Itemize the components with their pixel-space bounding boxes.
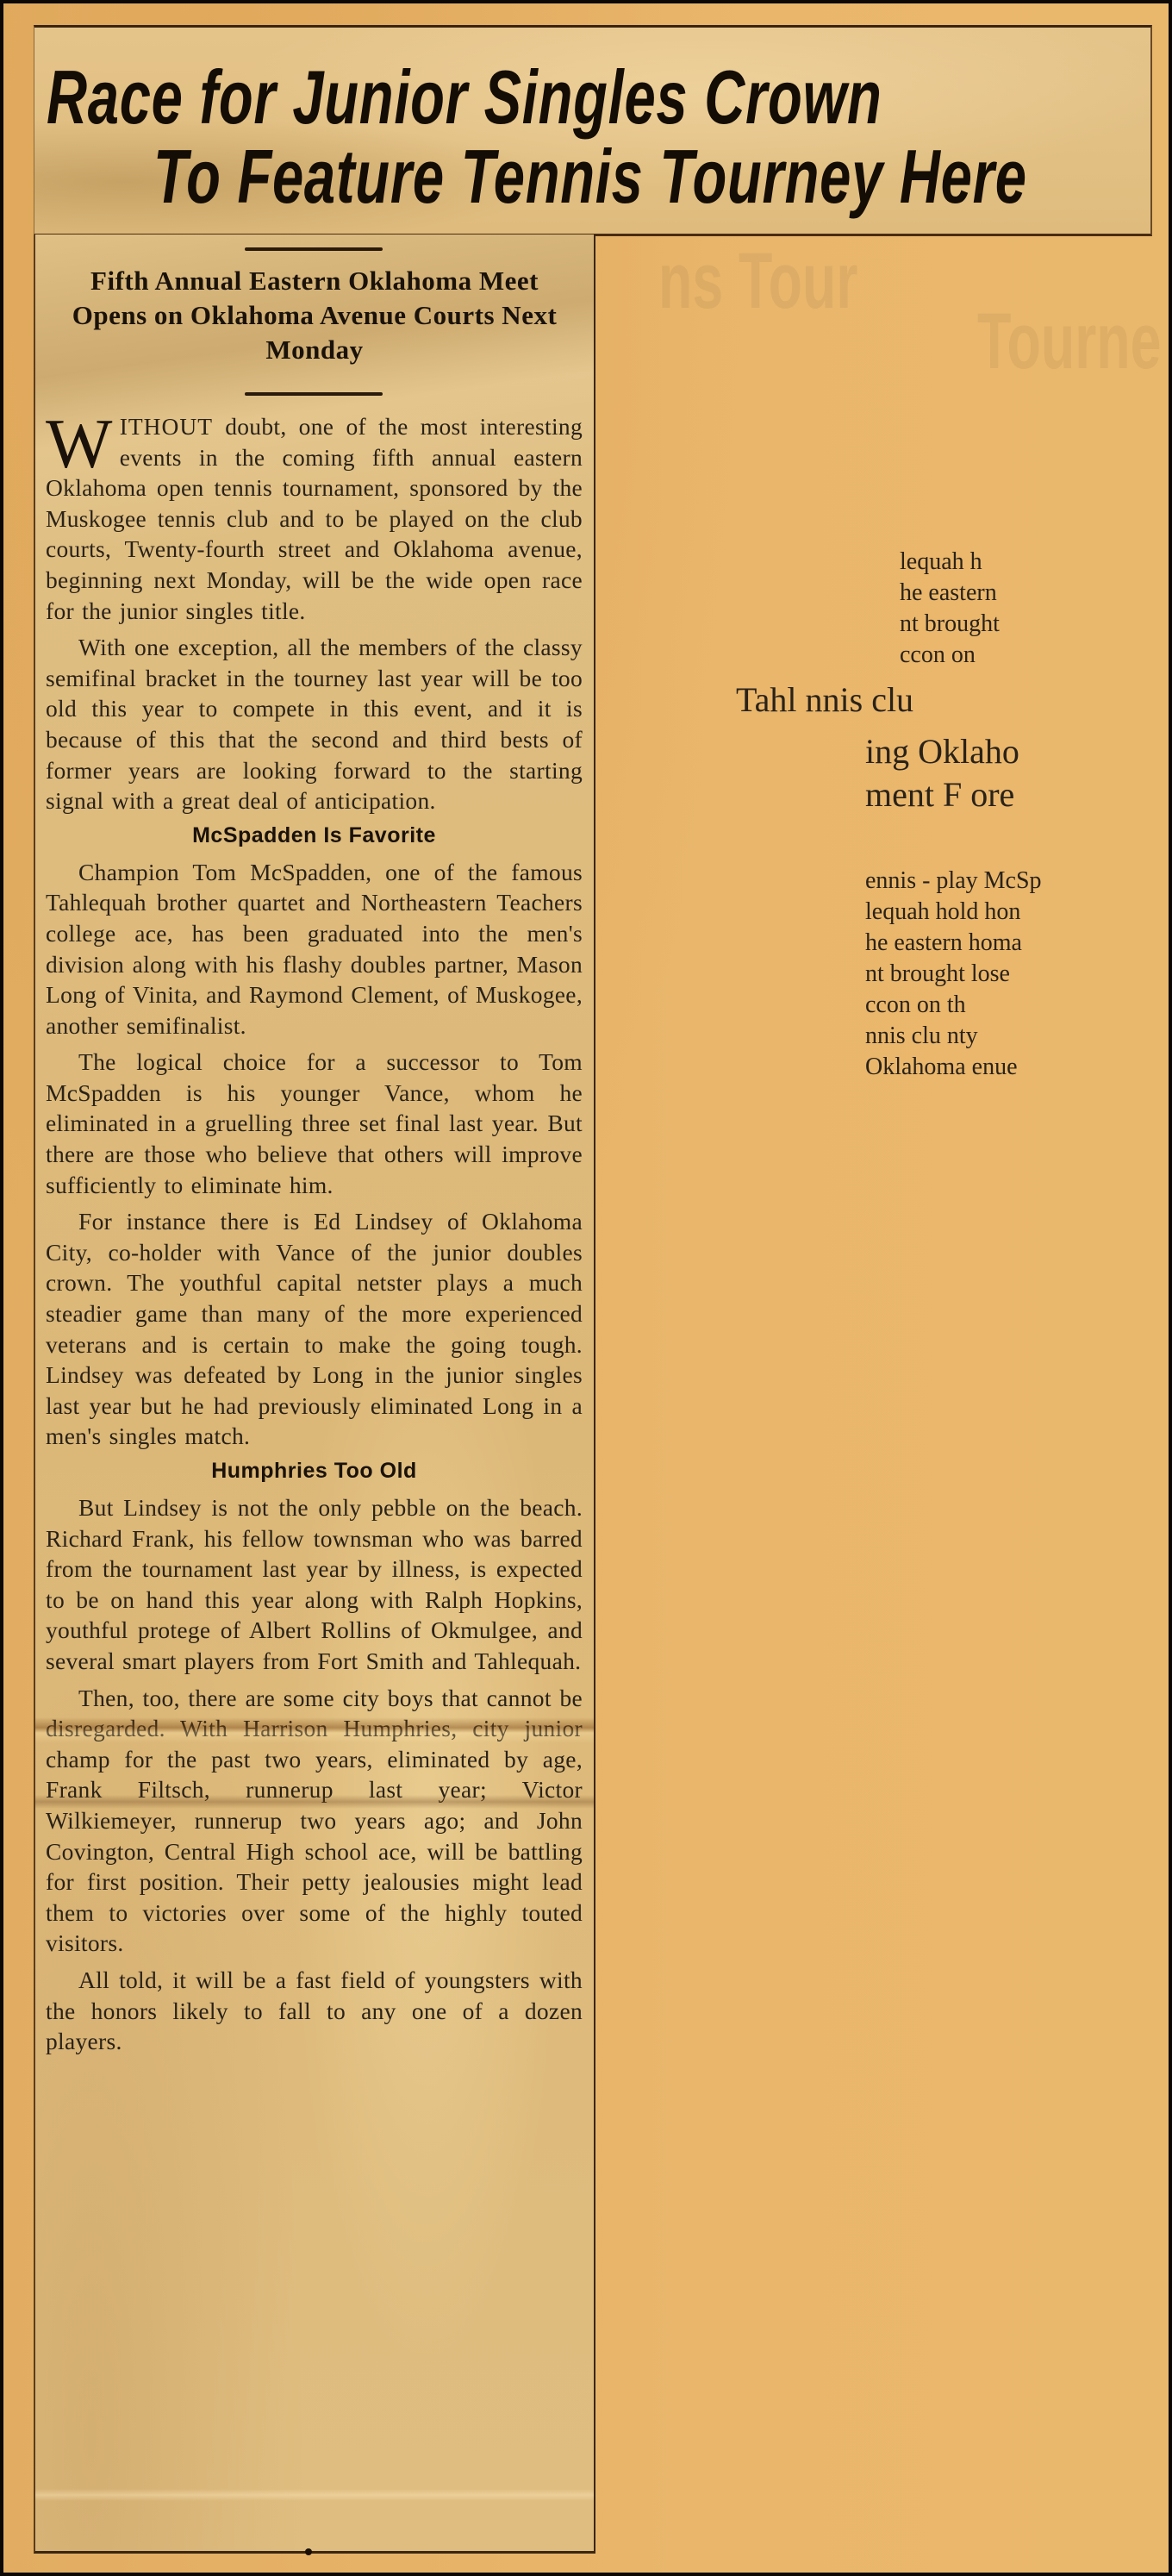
article-clipping: Fifth Annual Eastern Oklahoma Meet Opens… — [34, 234, 595, 2554]
section-heading: Humphries Too Old — [46, 1458, 583, 1484]
ghost-text-line: ennis - play McSp — [865, 866, 1172, 897]
divider-rule — [245, 247, 383, 251]
article-body: WITHOUT doubt, one of the most interesti… — [46, 411, 583, 2063]
headline-clipping: Race for Junior Singles Crown To Feature… — [34, 25, 1152, 236]
ghost-text-line: ment F ore — [865, 779, 1172, 810]
paragraph: The logical choice for a successor to To… — [46, 1047, 583, 1200]
lead-paragraph: WITHOUT doubt, one of the most interesti… — [46, 411, 583, 626]
ghost-text-line: Tahl nnis clu — [736, 685, 1172, 716]
headline-line-2: To Feature Tennis Tourney Here — [153, 133, 1027, 221]
ghost-text-line: ccon on — [900, 640, 1172, 671]
paragraph: All told, it will be a fast field of you… — [46, 1965, 583, 2057]
pin-mark — [305, 2548, 312, 2555]
ghost-text-line: ccon on th — [865, 990, 1172, 1021]
ghost-text-line: nnis clu nty — [865, 1021, 1172, 1052]
ghost-headline-fragment: ns Tour — [658, 236, 857, 327]
divider-rule — [245, 392, 383, 396]
paragraph: But Lindsey is not the only pebble on th… — [46, 1492, 583, 1677]
ghost-text-line: he eastern homa — [865, 928, 1172, 959]
ghost-text-line: Oklahoma enue — [865, 1052, 1172, 1083]
scrapbook-page: ns Tour Tourne lequah h he eastern nt br… — [3, 3, 1169, 2573]
subheadline: Fifth Annual Eastern Oklahoma Meet Opens… — [51, 264, 578, 367]
ghost-text-line: lequah h — [900, 547, 1172, 578]
paragraph: With one exception, all the members of t… — [46, 632, 583, 816]
ghost-headline-fragment: Tourne — [977, 297, 1161, 387]
headline-line-1: Race for Junior Singles Crown — [47, 53, 882, 141]
section-heading: McSpadden Is Favorite — [46, 822, 583, 848]
paper-crease — [35, 2489, 594, 2501]
ghost-text-line: he eastern — [900, 578, 1172, 609]
paragraph: Champion Tom McSpadden, one of the famou… — [46, 857, 583, 1041]
paragraph: Then, too, there are some city boys that… — [46, 1683, 583, 1959]
lead-text: doubt, one of the most interesting event… — [46, 413, 583, 624]
ghost-text-line: nt brought lose — [865, 959, 1172, 990]
ghost-text-line: nt brought — [900, 609, 1172, 640]
drop-cap: W — [46, 416, 113, 472]
ghost-text-line: lequah hold hon — [865, 897, 1172, 928]
paragraph: For instance there is Ed Lindsey of Okla… — [46, 1206, 583, 1452]
ghost-text-line: ing Oklaho — [865, 736, 1172, 767]
lead-caps: ITHOUT — [120, 413, 213, 440]
